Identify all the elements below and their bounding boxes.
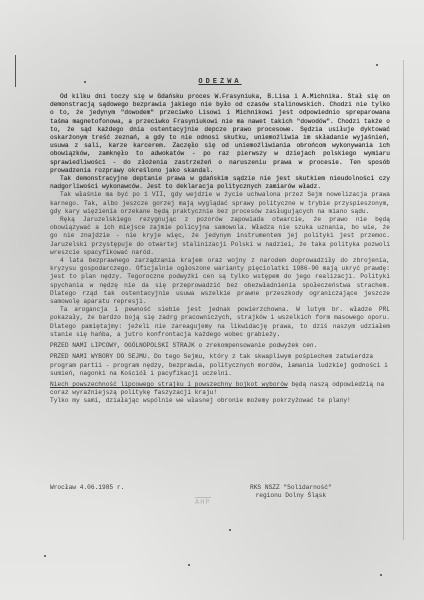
- closing-appeal: Niech powszechność lipcowego strajku i p…: [50, 381, 390, 397]
- slogan-strike: PRZED NAMI LIPCOWY, OGÓLNOPOLSKI STRAJK …: [50, 342, 390, 350]
- speck: [376, 64, 378, 66]
- paragraph-law-amendment: Tak właśnie ma być po 1 VII, gdy wejdzie…: [50, 191, 390, 216]
- closing-underlined: Niech powszechność lipcowego strajku i p…: [50, 381, 288, 388]
- paragraph-arrogance: Ta arogancja i pewność siebie jest jedna…: [50, 306, 390, 339]
- paragraph-trial: Od kilku dni toczy się w Gdańsku proces …: [50, 93, 390, 175]
- speck: [380, 574, 382, 576]
- signature-organization: RKS NSZZ "Solidarność": [250, 484, 332, 492]
- speck: [188, 564, 190, 566]
- paragraph-economy: 4 lata bezprawnego zarządzania krajem or…: [50, 257, 390, 306]
- speck: [229, 529, 231, 531]
- scanned-document-page: ODEZWA Od kilku dni toczy się w Gdańsku …: [0, 0, 424, 600]
- place-and-date: Wrocław 4.06.1985 r.: [50, 484, 124, 492]
- page-edge-shadow: [403, 60, 404, 540]
- paragraph-jaruzelski: Ręką Jaruzelskiego rezygnując z pozorów …: [50, 216, 390, 257]
- document-title: ODEZWA: [50, 78, 390, 86]
- closing-final: Tylko my sami, działając wspólnie we wła…: [50, 397, 390, 405]
- slogan-elections: PRZED NAMI WYBORY DO SEJMU. Do tego Sejm…: [50, 353, 390, 378]
- signature-region: regionu Dolny Śląsk: [250, 492, 332, 500]
- speck: [44, 555, 46, 557]
- paragraph-declaration: Tak demonstracyjne deptanie prawa w gdań…: [50, 175, 390, 191]
- margin-mark: [15, 55, 16, 87]
- document-body: ODEZWA Od kilku dni toczy się w Gdańsku …: [50, 78, 390, 406]
- faint-archive-stamp: AHP: [195, 497, 211, 507]
- signature-block: RKS NSZZ "Solidarność" regionu Dolny Ślą…: [250, 484, 332, 500]
